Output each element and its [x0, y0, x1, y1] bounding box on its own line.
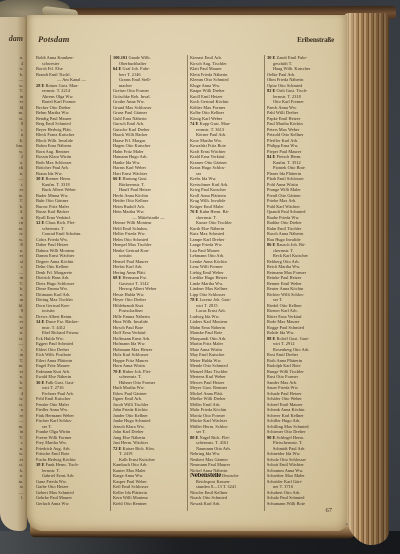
directory-entry-line: Kiehl Otto Rentner	[113, 501, 184, 507]
directory-entry-line: Schumann Willi Bote	[267, 501, 338, 507]
directory-entry-line: Gerlach Anna Ww.	[36, 501, 107, 507]
facing-page-header-fragment: dam	[9, 34, 23, 43]
book-scan-photo: dam n.4tr.b.—w.T.inerldm.st.8r.nß.hm.w.2…	[0, 0, 400, 554]
directory-entry-line: Nowak Karl Arb.	[190, 501, 261, 507]
page-stack-fore-edge	[344, 13, 389, 545]
directory-columns: Boldt Anna Kranken-schwesterBorch Frl. E…	[34, 55, 341, 511]
page-number: 67	[326, 507, 333, 514]
text-column-1: Boldt Anna Kranken-schwesterBorch Frl. E…	[34, 55, 111, 511]
text-column-3: Kienast Emil Arb.Kirsch Aug. TischlerKla…	[188, 55, 265, 511]
directory-page: Potsdam Eribenstraße Boldt Anna Kranken-…	[27, 15, 347, 531]
running-header-street: Eribenstraße	[297, 36, 334, 44]
fore-edge-shading	[344, 13, 389, 545]
text-column-2: 100.101 Gnade Wilh.Oberbuchhalter64 E Gr…	[111, 55, 188, 511]
facing-page-sliver: dam n.4tr.b.—w.T.inerldm.st.8r.nß.hm.w.2…	[0, 17, 27, 531]
facing-page-text-fragments: n.4tr.b.—w.T.inerldm.st.8r.nß.hm.w.2a.ck…	[16, 55, 23, 501]
text-column-4: 30 E Zandt Emil Fuhr-geschäft T.Haug Wil…	[265, 55, 341, 511]
running-header-city: Potsdam	[38, 34, 70, 44]
facing-page-line-fragment: hm.	[16, 143, 23, 149]
facing-page-line-fragment: l.	[16, 495, 23, 501]
